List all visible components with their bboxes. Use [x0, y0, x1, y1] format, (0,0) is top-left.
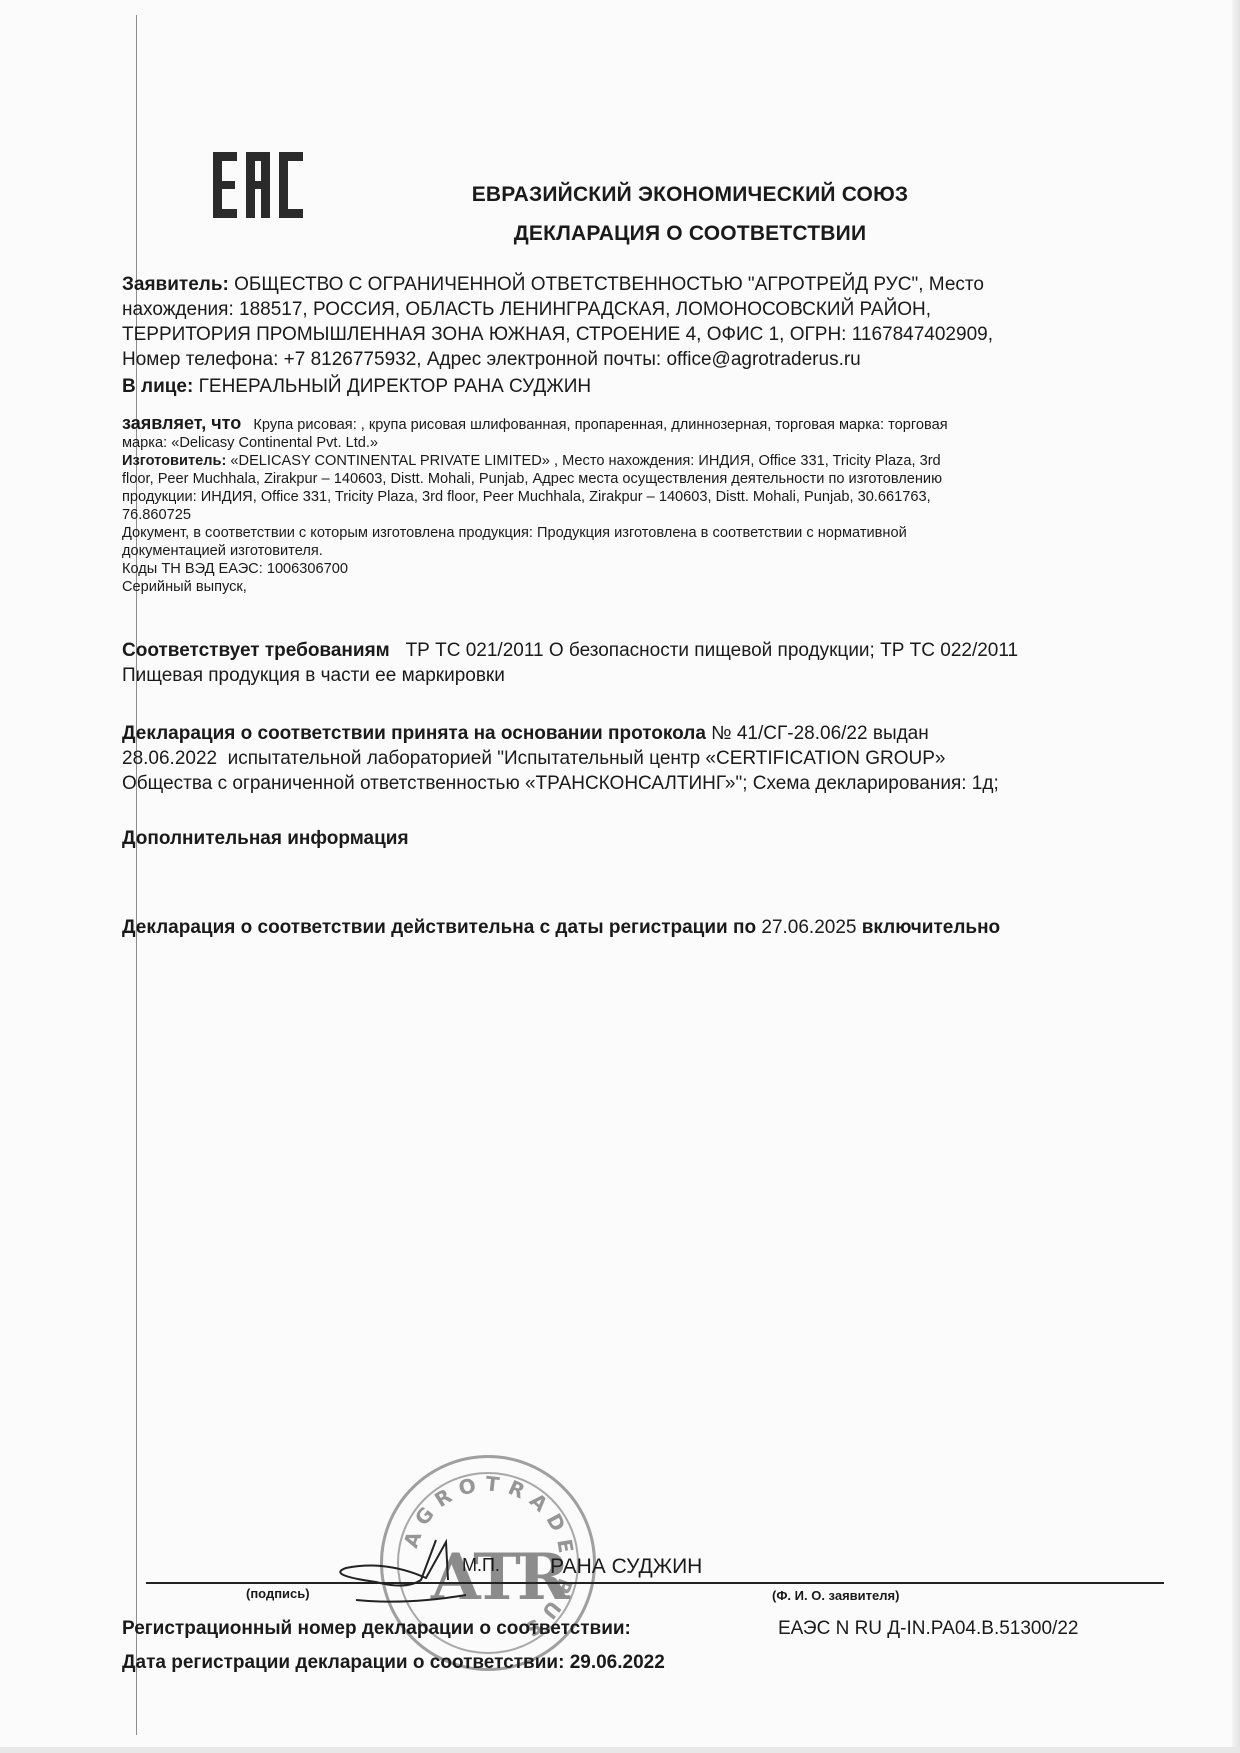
conforms-line: Пищевая продукция в части ее маркировки: [122, 663, 1182, 688]
basis-label: Декларация о соответствии принята на осн…: [122, 723, 706, 744]
document-line: Документ, в соответствии с которым изгот…: [122, 524, 1182, 542]
product-section: заявляет, что Крупа рисовая: , крупа рис…: [122, 414, 1182, 596]
conforms-line: ТР ТС 021/2011 О безопасности пищевой пр…: [390, 640, 1018, 661]
declares-label: заявляет, что: [122, 413, 241, 433]
name-caption: (Ф. И. О. заявителя): [772, 1588, 899, 1603]
conformity-section: Соответствует требованиям ТР ТС 021/2011…: [122, 638, 1182, 688]
applicant-line: Номер телефона: +7 8126775932, Адрес эле…: [122, 347, 1182, 372]
signatory-name: РАНА СУДЖИН: [550, 1555, 702, 1579]
scan-edge: [1232, 0, 1240, 1753]
applicant-line: ОБЩЕСТВО С ОГРАНИЧЕННОЙ ОТВЕТСТВЕННОСТЬЮ…: [229, 274, 984, 295]
basis-line: 28.06.2022 испытательной лабораторией "И…: [122, 746, 1182, 771]
additional-info-heading: Дополнительная информация: [122, 826, 1182, 851]
scan-edge-bottom: [0, 1747, 1240, 1753]
registration-number-value: ЕАЭС N RU Д-IN.РА04.В.51300/22: [778, 1616, 1078, 1641]
manufacturer-line: «DELICASY CONTINENTAL PRIVATE LIMITED» ,…: [226, 453, 940, 469]
conforms-label: Соответствует требованиям: [122, 640, 390, 661]
signature-line: [146, 1582, 1164, 1584]
union-heading: ЕВРАЗИЙСКИЙ ЭКОНОМИЧЕСКИЙ СОЮЗ: [0, 183, 1240, 207]
registration-date-value: 29.06.2022: [564, 1652, 664, 1673]
validity-line: Декларация о соответствии действительна …: [122, 915, 1182, 940]
applicant-line: ТЕРРИТОРИЯ ПРОМЫШЛЕННАЯ ЗОНА ЮЖНАЯ, СТРО…: [122, 322, 1182, 347]
validity-date: 27.06.2025: [756, 917, 856, 938]
product-line: марка: «Delicasy Continental Pvt. Ltd.»: [122, 434, 1182, 452]
basis-line: № 41/СГ-28.06/22 выдан: [706, 723, 929, 744]
registration-date-row: Дата регистрации декларации о соответств…: [122, 1650, 1182, 1675]
manufacturer-label: Изготовитель:: [122, 453, 226, 469]
validity-suffix: включительно: [856, 917, 1000, 938]
manufacturer-line: floor, Peer Muchhala, Zirakpur – 140603,…: [122, 470, 1182, 488]
signature-icon: [286, 1520, 486, 1620]
product-line: Крупа рисовая: , крупа рисовая шлифованн…: [241, 417, 947, 433]
applicant-section: Заявитель: ОБЩЕСТВО С ОГРАНИЧЕННОЙ ОТВЕТ…: [122, 272, 1182, 399]
manufacturer-line: продукции: ИНДИЯ, Office 331, Tricity Pl…: [122, 488, 1182, 506]
serial-release: Серийный выпуск,: [122, 578, 1182, 596]
document-line: документацией изготовителя.: [122, 542, 1182, 560]
signature-caption: (подпись): [246, 1586, 310, 1601]
registration-date-label: Дата регистрации декларации о соответств…: [122, 1652, 564, 1673]
seal-placeholder: М.П.: [462, 1555, 500, 1576]
representative-value: ГЕНЕРАЛЬНЫЙ ДИРЕКТОР РАНА СУДЖИН: [193, 376, 591, 397]
basis-section: Декларация о соответствии принята на осн…: [122, 721, 1182, 796]
applicant-line: нахождения: 188517, РОССИЯ, ОБЛАСТЬ ЛЕНИ…: [122, 297, 1182, 322]
manufacturer-line: 76.860725: [122, 506, 1182, 524]
document-title: ДЕКЛАРАЦИЯ О СООТВЕТСТВИИ: [0, 222, 1240, 246]
registration-number-label: Регистрационный номер декларации о соотв…: [122, 1618, 631, 1639]
applicant-label: Заявитель:: [122, 274, 229, 295]
hs-codes: Коды ТН ВЭД ЕАЭС: 1006306700: [122, 560, 1182, 578]
representative-label: В лице:: [122, 376, 193, 397]
registration-number-row: Регистрационный номер декларации о соотв…: [122, 1616, 1182, 1641]
basis-line: Общества с ограниченной ответственностью…: [122, 771, 1182, 796]
validity-label: Декларация о соответствии действительна …: [122, 917, 756, 938]
